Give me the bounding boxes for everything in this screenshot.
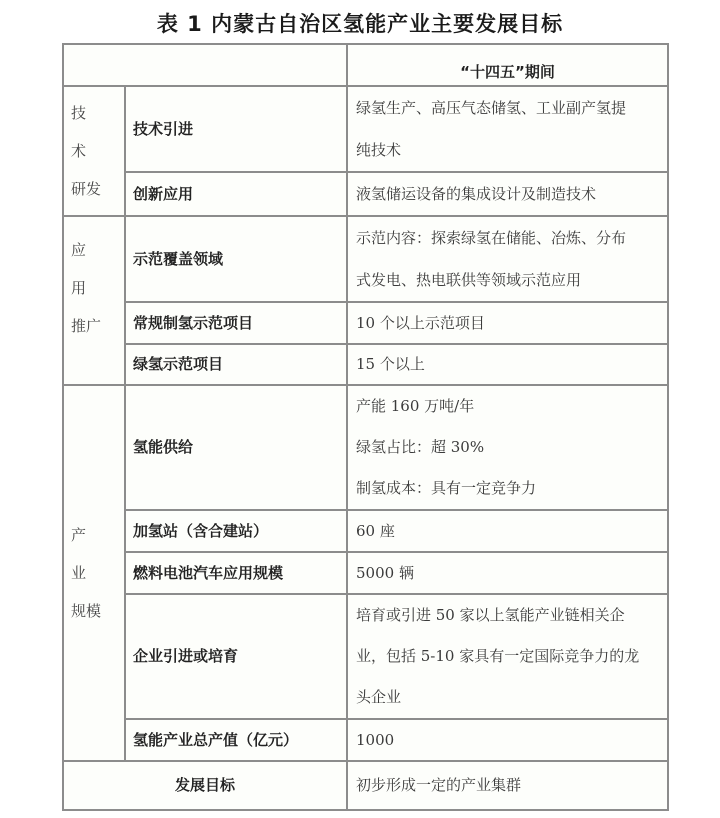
value-cell: 5000 辆 — [347, 552, 668, 594]
item-cell: 示范覆盖领域 — [125, 216, 347, 302]
table-row: 应 用 推广 示范覆盖领域 示范内容：探索绿氢在储能、冶炼、分布 式发电、热电联… — [63, 216, 668, 302]
category-cell-tech-rd: 技 术 研发 — [63, 86, 125, 216]
value-line: 业，包括 5-10 家具有一定国际竞争力的龙 — [356, 636, 667, 677]
item-cell: 燃料电池汽车应用规模 — [125, 552, 347, 594]
table-row-development-goal: 发展目标 初步形成一定的产业集群 — [63, 761, 668, 810]
item-cell: 绿氢示范项目 — [125, 344, 347, 385]
table-header-row: “十四五”期间 — [63, 44, 668, 86]
category-cell-industry-scale: 产 业 规模 — [63, 385, 125, 761]
item-cell: 技术引进 — [125, 86, 347, 172]
item-cell: 常规制氢示范项目 — [125, 302, 347, 344]
value-line: 产能 160 万吨/年 — [356, 386, 667, 427]
table-row: 燃料电池汽车应用规模 5000 辆 — [63, 552, 668, 594]
value-cell: 10 个以上示范项目 — [347, 302, 668, 344]
table-row: 常规制氢示范项目 10 个以上示范项目 — [63, 302, 668, 344]
item-cell: 创新应用 — [125, 172, 347, 216]
value-cell: 液氢储运设备的集成设计及制造技术 — [347, 172, 668, 216]
value-line: 绿氢生产、高压气态储氢、工业副产氢提 — [356, 87, 667, 129]
table-title: 表 1 内蒙古自治区氢能产业主要发展目标 — [0, 8, 720, 38]
table-row: 创新应用 液氢储运设备的集成设计及制造技术 — [63, 172, 668, 216]
table-row: 加氢站（含合建站） 60 座 — [63, 510, 668, 552]
category-line: 产 业 — [71, 516, 124, 592]
value-line: 示范内容：探索绿氢在储能、冶炼、分布 — [356, 217, 667, 259]
category-line: 规模 — [71, 592, 124, 630]
value-cell: 60 座 — [347, 510, 668, 552]
item-cell: 氢能产业总产值（亿元） — [125, 719, 347, 761]
table-row: 技 术 研发 技术引进 绿氢生产、高压气态储氢、工业副产氢提 纯技术 — [63, 86, 668, 172]
table-row: 产 业 规模 氢能供给 产能 160 万吨/年 绿氢占比：超 30% 制氢成本：… — [63, 385, 668, 510]
header-period-cell: “十四五”期间 — [347, 44, 668, 86]
value-line: 绿氢占比：超 30% — [356, 427, 667, 468]
value-cell: 示范内容：探索绿氢在储能、冶炼、分布 式发电、热电联供等领域示范应用 — [347, 216, 668, 302]
value-line: 头企业 — [356, 677, 667, 718]
table-row: 企业引进或培育 培育或引进 50 家以上氢能产业链相关企 业，包括 5-10 家… — [63, 594, 668, 719]
category-line: 应 用 — [71, 231, 124, 307]
category-line: 技 术 — [71, 94, 124, 170]
item-cell: 加氢站（含合建站） — [125, 510, 347, 552]
category-line: 推广 — [71, 307, 124, 345]
table-row: 绿氢示范项目 15 个以上 — [63, 344, 668, 385]
value-line: 纯技术 — [356, 129, 667, 171]
value-cell: 产能 160 万吨/年 绿氢占比：超 30% 制氢成本：具有一定竞争力 — [347, 385, 668, 510]
value-line: 培育或引进 50 家以上氢能产业链相关企 — [356, 595, 667, 636]
header-corner-cell — [63, 44, 347, 86]
value-cell: 1000 — [347, 719, 668, 761]
goal-label-cell: 发展目标 — [63, 761, 347, 810]
value-cell: 培育或引进 50 家以上氢能产业链相关企 业，包括 5-10 家具有一定国际竞争… — [347, 594, 668, 719]
category-cell-application: 应 用 推广 — [63, 216, 125, 385]
value-cell: 绿氢生产、高压气态储氢、工业副产氢提 纯技术 — [347, 86, 668, 172]
value-cell: 15 个以上 — [347, 344, 668, 385]
category-line: 研发 — [71, 170, 124, 208]
goal-value-cell: 初步形成一定的产业集群 — [347, 761, 668, 810]
item-cell: 氢能供给 — [125, 385, 347, 510]
item-cell: 企业引进或培育 — [125, 594, 347, 719]
value-line: 制氢成本：具有一定竞争力 — [356, 468, 667, 509]
value-line: 式发电、热电联供等领域示范应用 — [356, 259, 667, 301]
development-goals-table: “十四五”期间 技 术 研发 技术引进 绿氢生产、高压气态储氢、工业副产氢提 纯… — [62, 43, 669, 811]
table-row: 氢能产业总产值（亿元） 1000 — [63, 719, 668, 761]
